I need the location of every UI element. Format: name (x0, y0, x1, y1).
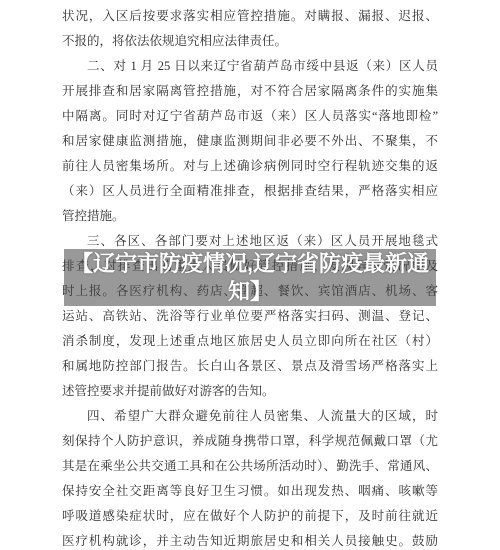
document-line: 其是在乘坐公共交通工具和在公共场所活动时）、勤洗手、常通风、 (62, 454, 438, 479)
document-line: 不报的，将依法依规追究相应法律责任。 (62, 29, 438, 54)
document-line: 二、对 1 月 25 日以来辽宁省葫芦岛市绥中县返（来）区人员 (62, 54, 438, 79)
document-line: 和居家健康监测措施，健康监测期间非必要不外出、不聚集，不 (62, 129, 438, 154)
document-line: 前往人员密集场所。对与上述确诊病例同时空行程轨迹交集的返 (62, 154, 438, 179)
document-line: 中隔离。同时对辽宁省葫芦岛市返（来）区人员落实“落地即检” (62, 104, 438, 129)
document-line: 状况，入区后按要求落实相应管控措施。对瞒报、漏报、迟报、 (62, 4, 438, 29)
document-line: 管控措施。 (62, 204, 438, 229)
document-line: 消杀制度，发现上述重点地区旅居史人员立即向所在社区（村） (62, 329, 438, 354)
document-line: 运站、高铁站、洗浴等行业单位要严格落实扫码、测温、登记、 (62, 304, 438, 329)
document-line: 四、希望广大群众避免前往人员密集、人流量大的区域，时 (62, 404, 438, 429)
document-line: 述管控要求并提前做好对游客的告知。 (62, 379, 438, 404)
watermark-title: 【辽宁市防疫情况,辽宁省防疫最新通知】 (64, 250, 436, 306)
document-line: 和属地防控部门报告。长白山各景区、景点及滑雪场严格落实上 (62, 354, 438, 379)
document-page: 状况，入区后按要求落实相应管控措施。对瞒报、漏报、迟报、不报的，将依法依规追究相… (0, 0, 500, 550)
document-line: （来）区人员进行全面精准排查，根据排查结果，严格落实相应 (62, 179, 438, 204)
document-line: 刻保持个人防护意识，养成随身携带口罩，科学规范佩戴口罩（尤 (62, 429, 438, 454)
document-line: 保持安全社交距离等良好卫生习惯。如出现发热、咽痛、咳嗽等 (62, 479, 438, 504)
document-line: 医疗机构就诊，并主动告知近期旅居史和相关人员接触史。鼓励 (62, 529, 438, 550)
watermark-overlay: 【辽宁市防疫情况,辽宁省防疫最新通知】 (64, 249, 436, 306)
document-line: 呼吸道感染症状时，应在做好个人防护的前提下，及时前往就近 (62, 504, 438, 529)
document-line: 开展排查和居家隔离管控措施，对不符合居家隔离条件的实施集 (62, 79, 438, 104)
